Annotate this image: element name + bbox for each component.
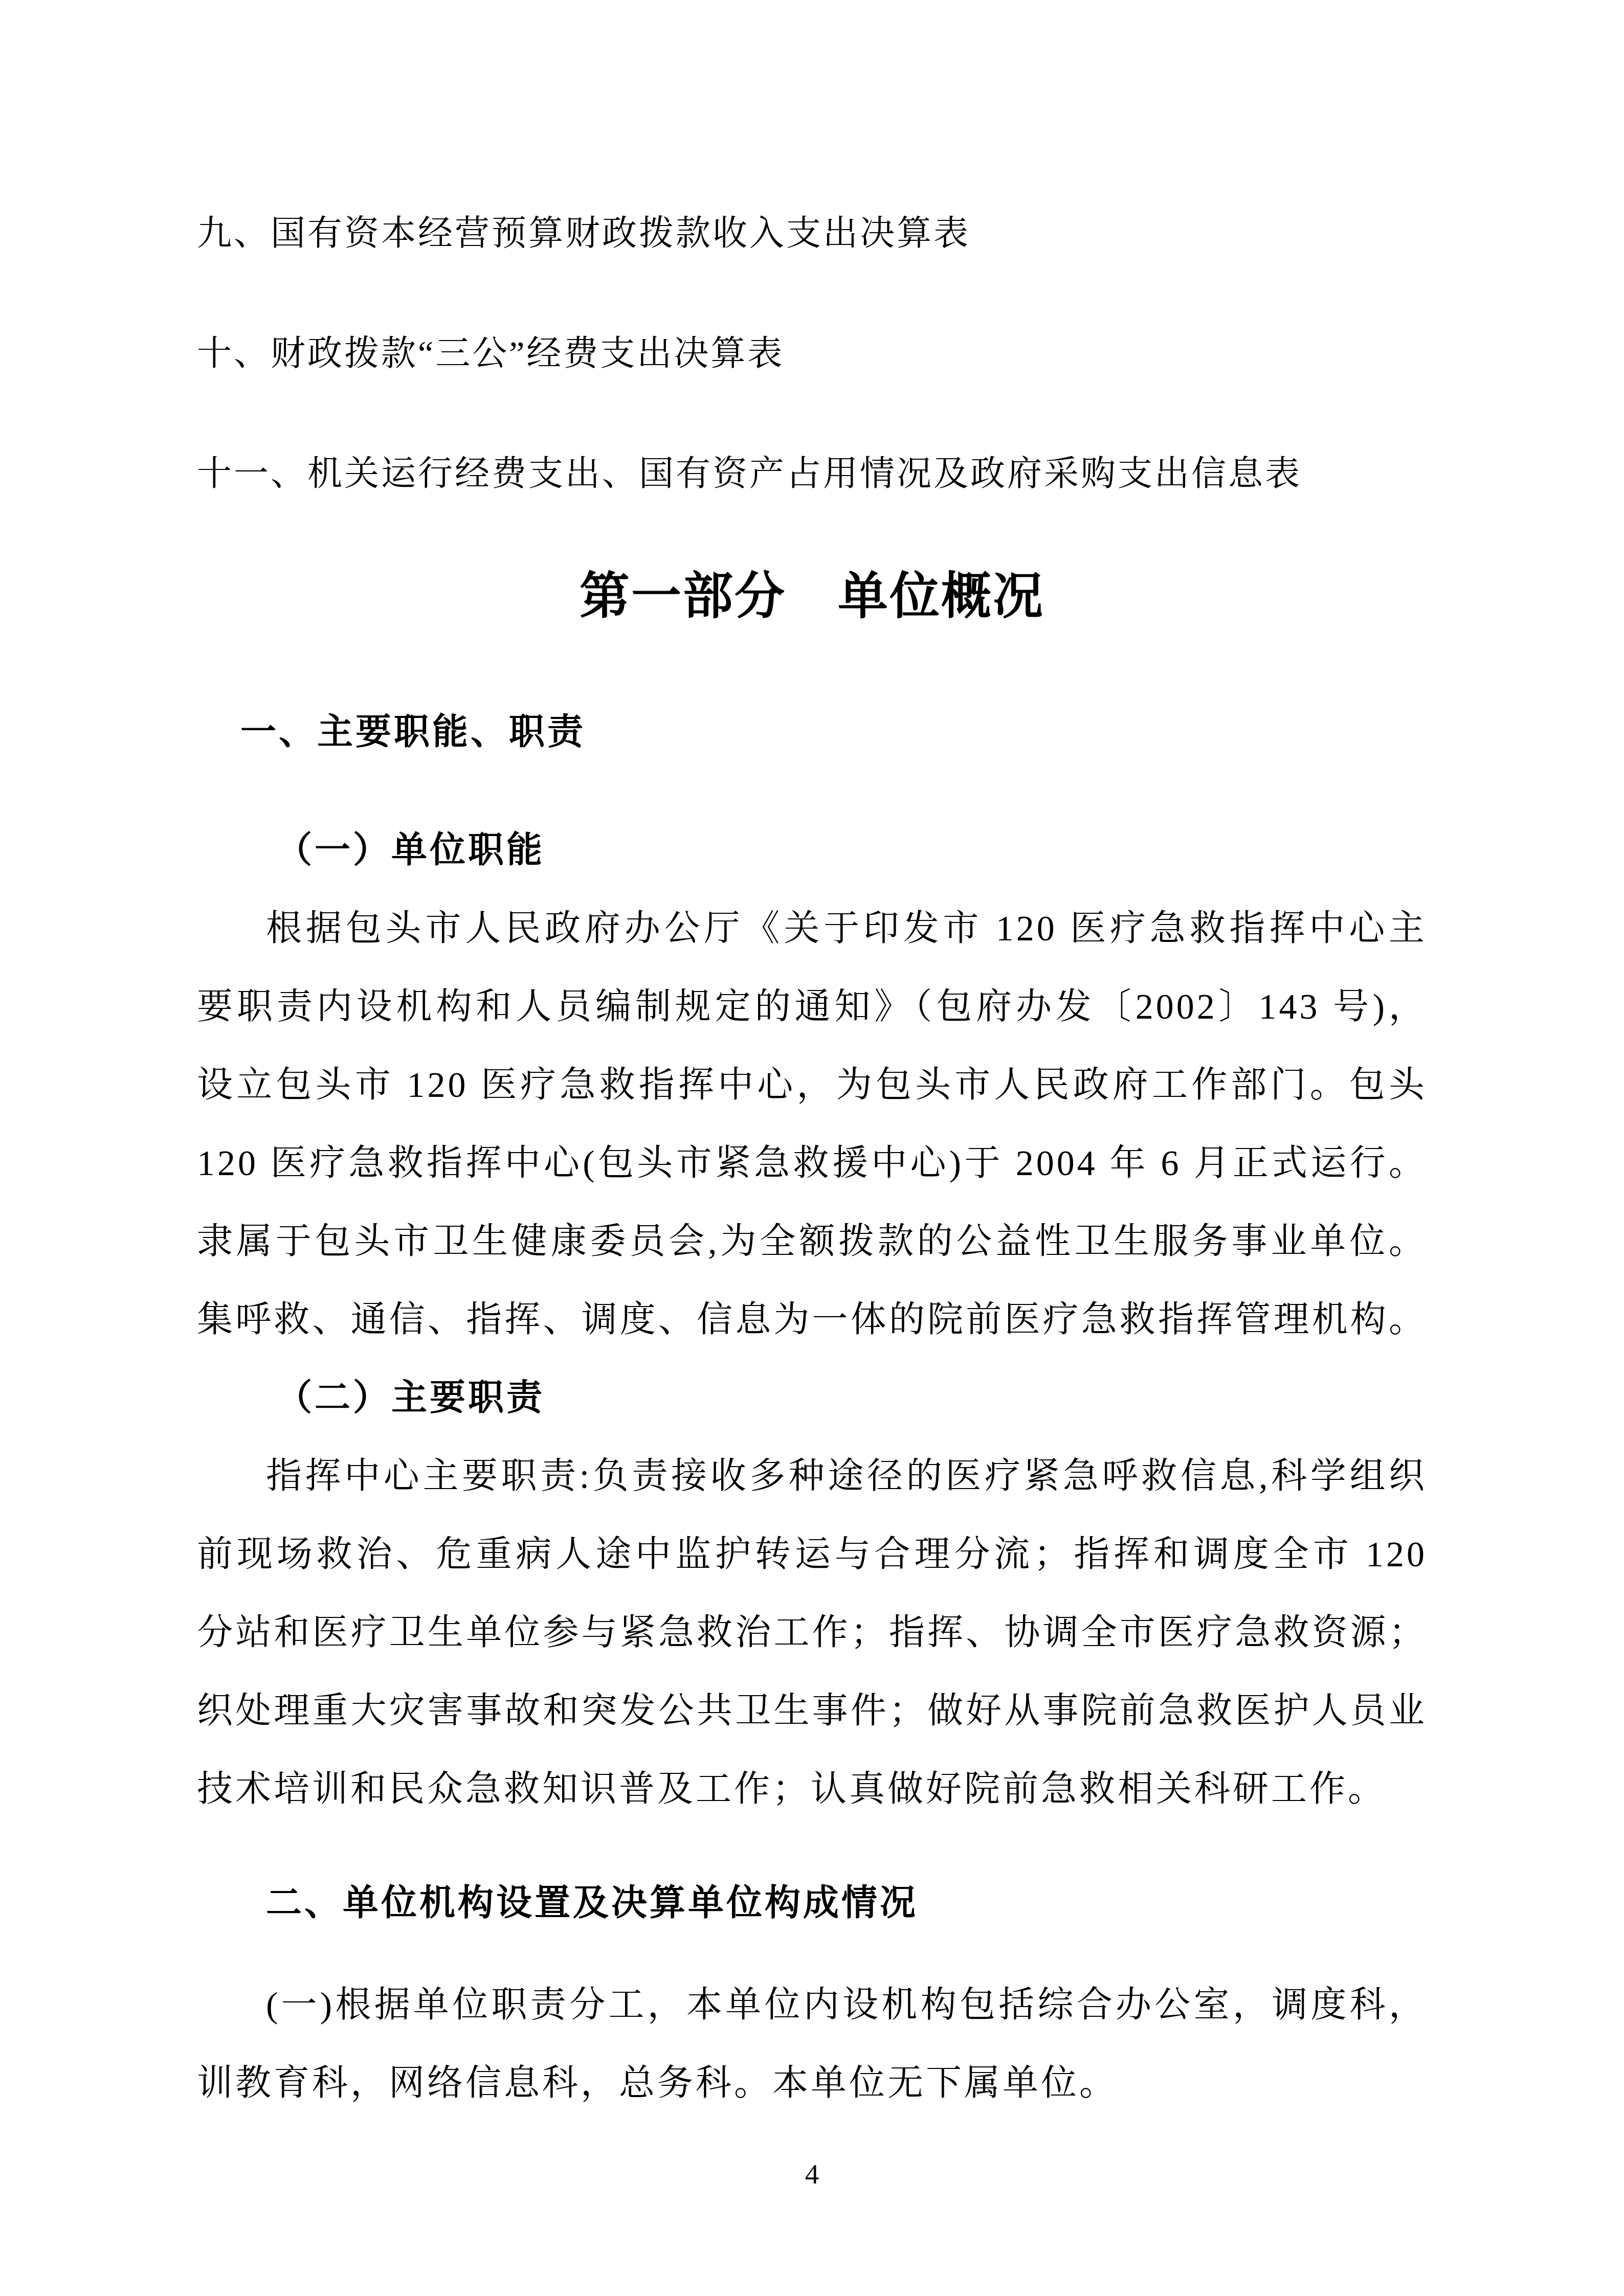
paragraph-1-line: 根据包头市人民政府办公厅《关于印发市 120 医疗急救指挥中心主: [197, 890, 1427, 968]
paragraph-1-line: 要职责内设机构和人员编制规定的通知》（包府办发〔2002〕143 号)，: [197, 968, 1427, 1046]
page-content: 九、国有资本经营预算财政拨款收入支出决算表 十、财政拨款“三公”经费支出决算表 …: [197, 0, 1427, 2192]
section-heading-2: 二、单位机构设置及决算单位构成情况: [197, 1864, 1427, 1942]
toc-item-9: 九、国有资本经营预算财政拨款收入支出决算表: [197, 194, 1427, 273]
toc-item-10: 十、财政拨款“三公”经费支出决算表: [197, 314, 1427, 393]
paragraph-2-line: 技术培训和民众急救知识普及工作；认真做好院前急救相关科研工作。: [197, 1750, 1427, 1829]
paragraph-2-line: 分站和医疗卫生单位参与紧急救治工作；指挥、协调全市医疗急救资源；组: [197, 1594, 1427, 1672]
paragraph-1-line: 隶属于包头市卫生健康委员会,为全额拨款的公益性卫生服务事业单位。: [197, 1203, 1427, 1281]
paragraph-1-line: 120 医疗急救指挥中心(包头市紧急救援中心)于 2004 年 6 月正式运行。: [197, 1124, 1427, 1203]
subsection-heading-1: （一）单位职能: [197, 812, 1427, 890]
section-heading-1: 一、主要职能、职责: [197, 693, 1427, 771]
paragraph-3-line: 训教育科，网络信息科，总务科。本单位无下属单位。: [197, 2044, 1427, 2123]
paragraph-2-line: 指挥中心主要职责:负责接收多种途径的医疗紧急呼救信息,科学组织院: [197, 1437, 1427, 1516]
paragraph-1-line: 集呼救、通信、指挥、调度、信息为一体的院前医疗急救指挥管理机构。: [197, 1281, 1427, 1359]
page-number: 4: [197, 2156, 1427, 2192]
subsection-heading-2: （二）主要职责: [197, 1359, 1427, 1437]
paragraph-2-line: 前现场救治、危重病人途中监护转运与合理分流；指挥和调度全市 120 急救: [197, 1516, 1427, 1594]
part-title: 第一部分 单位概况: [197, 553, 1427, 640]
document-page: 九、国有资本经营预算财政拨款收入支出决算表 十、财政拨款“三公”经费支出决算表 …: [0, 0, 1624, 2296]
paragraph-2-line: 织处理重大灾害事故和突发公共卫生事件；做好从事院前急救医护人员业务: [197, 1672, 1427, 1750]
paragraph-1-line: 设立包头市 120 医疗急救指挥中心，为包头市人民政府工作部门。包头市: [197, 1046, 1427, 1124]
toc-item-11: 十一、机关运行经费支出、国有资产占用情况及政府采购支出信息表: [197, 435, 1427, 513]
paragraph-3-line: (一)根据单位职责分工，本单位内设机构包括综合办公室，调度科，培: [197, 1966, 1427, 2044]
